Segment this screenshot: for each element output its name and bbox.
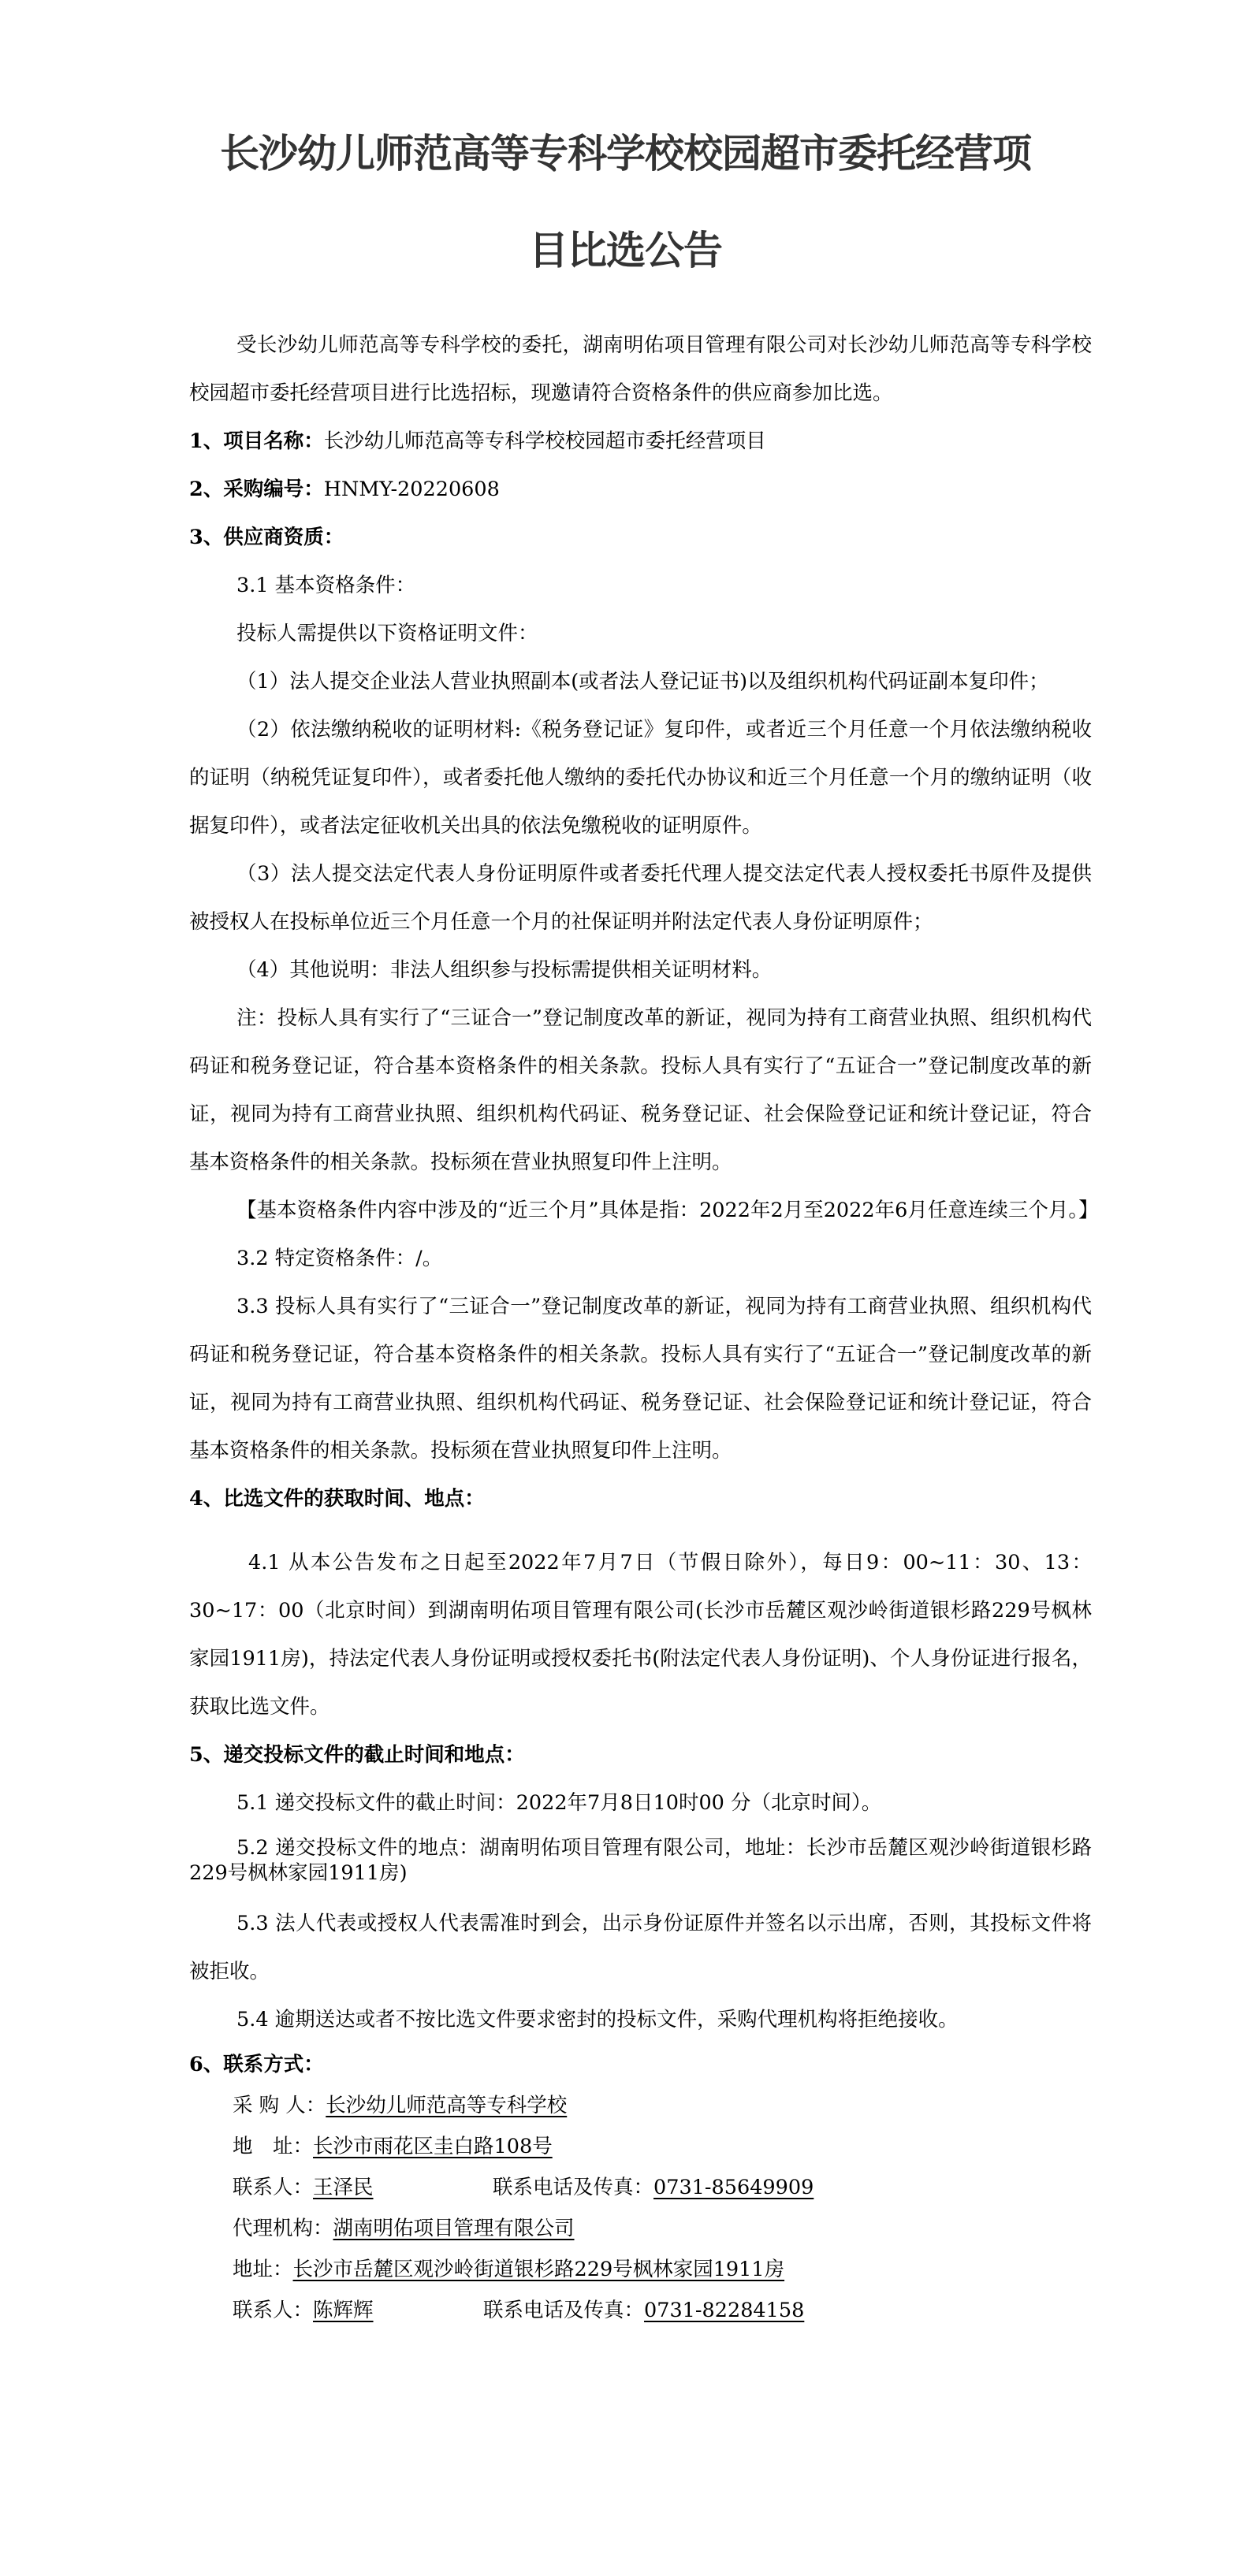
section-2-heading: 2、采购编号：	[189, 478, 324, 501]
section-3-3: 3.3 投标人具有实行了“三证合一”登记制度改革的新证，视同为持有工商营业执照、…	[189, 1283, 1092, 1475]
spacer	[189, 1523, 1092, 1539]
requirement-item-3: （3）法人提交法定代表人身份证明原件或者委托代理人提交法定代表人授权委托书原件及…	[189, 850, 1092, 946]
agency-address-row: 地址： 长沙市岳麓区观沙岭街道银杉路229号枫林家园1911房	[233, 2249, 1092, 2290]
agency-phone-label: 联系电话及传真：	[483, 2290, 644, 2331]
requirement-item-1: （1）法人提交企业法人营业执照副本(或者法人登记证书)以及组织机构代码证副本复印…	[189, 658, 1092, 706]
intro-paragraph: 受长沙幼儿师范高等专科学校的委托，湖南明佑项目管理有限公司对长沙幼儿师范高等专科…	[189, 322, 1092, 418]
section-5-2: 5.2 递交投标文件的地点：湖南明佑项目管理有限公司，地址：长沙市岳麓区观沙岭街…	[189, 1835, 1092, 1886]
agency-contact-name: 陈辉辉	[313, 2299, 374, 2322]
purchaser-contact-label: 联系人：	[233, 2176, 313, 2199]
section-2: 2、采购编号：HNMY-20220608	[189, 466, 1092, 514]
purchaser-address-value: 长沙市雨花区圭白路108号	[313, 2126, 553, 2167]
purchaser-contact-name: 王泽民	[313, 2176, 374, 2199]
document-body: 受长沙幼儿师范高等专科学校的委托，湖南明佑项目管理有限公司对长沙幼儿师范高等专科…	[189, 322, 1092, 2331]
purchaser-row: 采 购 人： 长沙幼儿师范高等专科学校	[233, 2085, 1092, 2126]
section-5-heading: 5、递交投标文件的截止时间和地点：	[189, 1731, 1092, 1779]
section-5-3: 5.3 法人代表或授权人代表需准时到会，出示身份证原件并签名以示出席，否则，其投…	[189, 1900, 1092, 1996]
section-3-1-lead: 投标人需提供以下资格证明文件：	[189, 610, 1092, 658]
agency-phone: 0731-82284158	[644, 2290, 804, 2331]
section-1-heading: 1、项目名称：	[189, 429, 324, 453]
document-page: 长沙幼儿师范高等专科学校校园超市委托经营项 目比选公告 受长沙幼儿师范高等专科学…	[0, 0, 1251, 2576]
agency-label: 代理机构：	[233, 2208, 333, 2249]
section-5-1: 5.1 递交投标文件的截止时间：2022年7月8日10时00 分（北京时间）。	[189, 1779, 1092, 1827]
agency-row: 代理机构： 湖南明佑项目管理有限公司	[233, 2208, 1092, 2249]
purchaser-address-label: 地 址：	[233, 2126, 313, 2167]
page-title-line-2: 目比选公告	[0, 219, 1251, 276]
page-title-line-1: 长沙幼儿师范高等专科学校校园超市委托经营项	[0, 122, 1251, 179]
agency-contact-cell: 联系人：陈辉辉	[233, 2290, 483, 2331]
purchaser-phone-label: 联系电话及传真：	[493, 2167, 653, 2208]
agency-address-value: 长沙市岳麓区观沙岭街道银杉路229号枫林家园1911房	[293, 2249, 785, 2290]
agency-contact-row: 联系人：陈辉辉 联系电话及传真： 0731-82284158	[233, 2290, 1092, 2331]
certificate-note: 注：投标人具有实行了“三证合一”登记制度改革的新证，视同为持有工商营业执照、组织…	[189, 994, 1092, 1187]
purchaser-value: 长沙幼儿师范高等专科学校	[326, 2085, 567, 2126]
agency-value: 湖南明佑项目管理有限公司	[333, 2208, 575, 2249]
section-3-2: 3.2 特定资格条件：/。	[189, 1235, 1092, 1283]
section-6-heading: 6、联系方式：	[189, 2044, 1092, 2085]
project-name: 长沙幼儿师范高等专科学校校园超市委托经营项目	[324, 429, 766, 453]
section-4-1: 4.1 从本公告发布之日起至2022年7月7日（节假日除外），每日9：00~11…	[189, 1539, 1092, 1731]
section-1: 1、项目名称：长沙幼儿师范高等专科学校校园超市委托经营项目	[189, 418, 1092, 466]
section-4-heading: 4、比选文件的获取时间、地点：	[189, 1475, 1092, 1523]
period-note: 【基本资格条件内容中涉及的“近三个月”具体是指：2022年2月至2022年6月任…	[189, 1187, 1092, 1235]
purchaser-contact-row: 联系人：王泽民 联系电话及传真： 0731-85649909	[233, 2167, 1092, 2208]
procurement-number: HNMY-20220608	[324, 478, 500, 501]
requirement-item-2: （2）依法缴纳税收的证明材料:《税务登记证》复印件，或者近三个月任意一个月依法缴…	[189, 706, 1092, 850]
purchaser-phone: 0731-85649909	[653, 2167, 814, 2208]
contact-block: 采 购 人： 长沙幼儿师范高等专科学校 地 址： 长沙市雨花区圭白路108号 联…	[189, 2085, 1092, 2331]
purchaser-contact-cell: 联系人：王泽民	[233, 2167, 493, 2208]
section-3-heading: 3、供应商资质：	[189, 514, 1092, 562]
section-3-1-title: 3.1 基本资格条件：	[189, 562, 1092, 610]
agency-address-label: 地址：	[233, 2249, 293, 2290]
purchaser-address-row: 地 址： 长沙市雨花区圭白路108号	[233, 2126, 1092, 2167]
purchaser-label: 采 购 人：	[233, 2085, 326, 2126]
section-5-4: 5.4 逾期送达或者不按比选文件要求密封的投标文件，采购代理机构将拒绝接收。	[189, 1996, 1092, 2044]
agency-contact-label: 联系人：	[233, 2299, 313, 2322]
requirement-item-4: （4）其他说明：非法人组织参与投标需提供相关证明材料。	[189, 946, 1092, 994]
